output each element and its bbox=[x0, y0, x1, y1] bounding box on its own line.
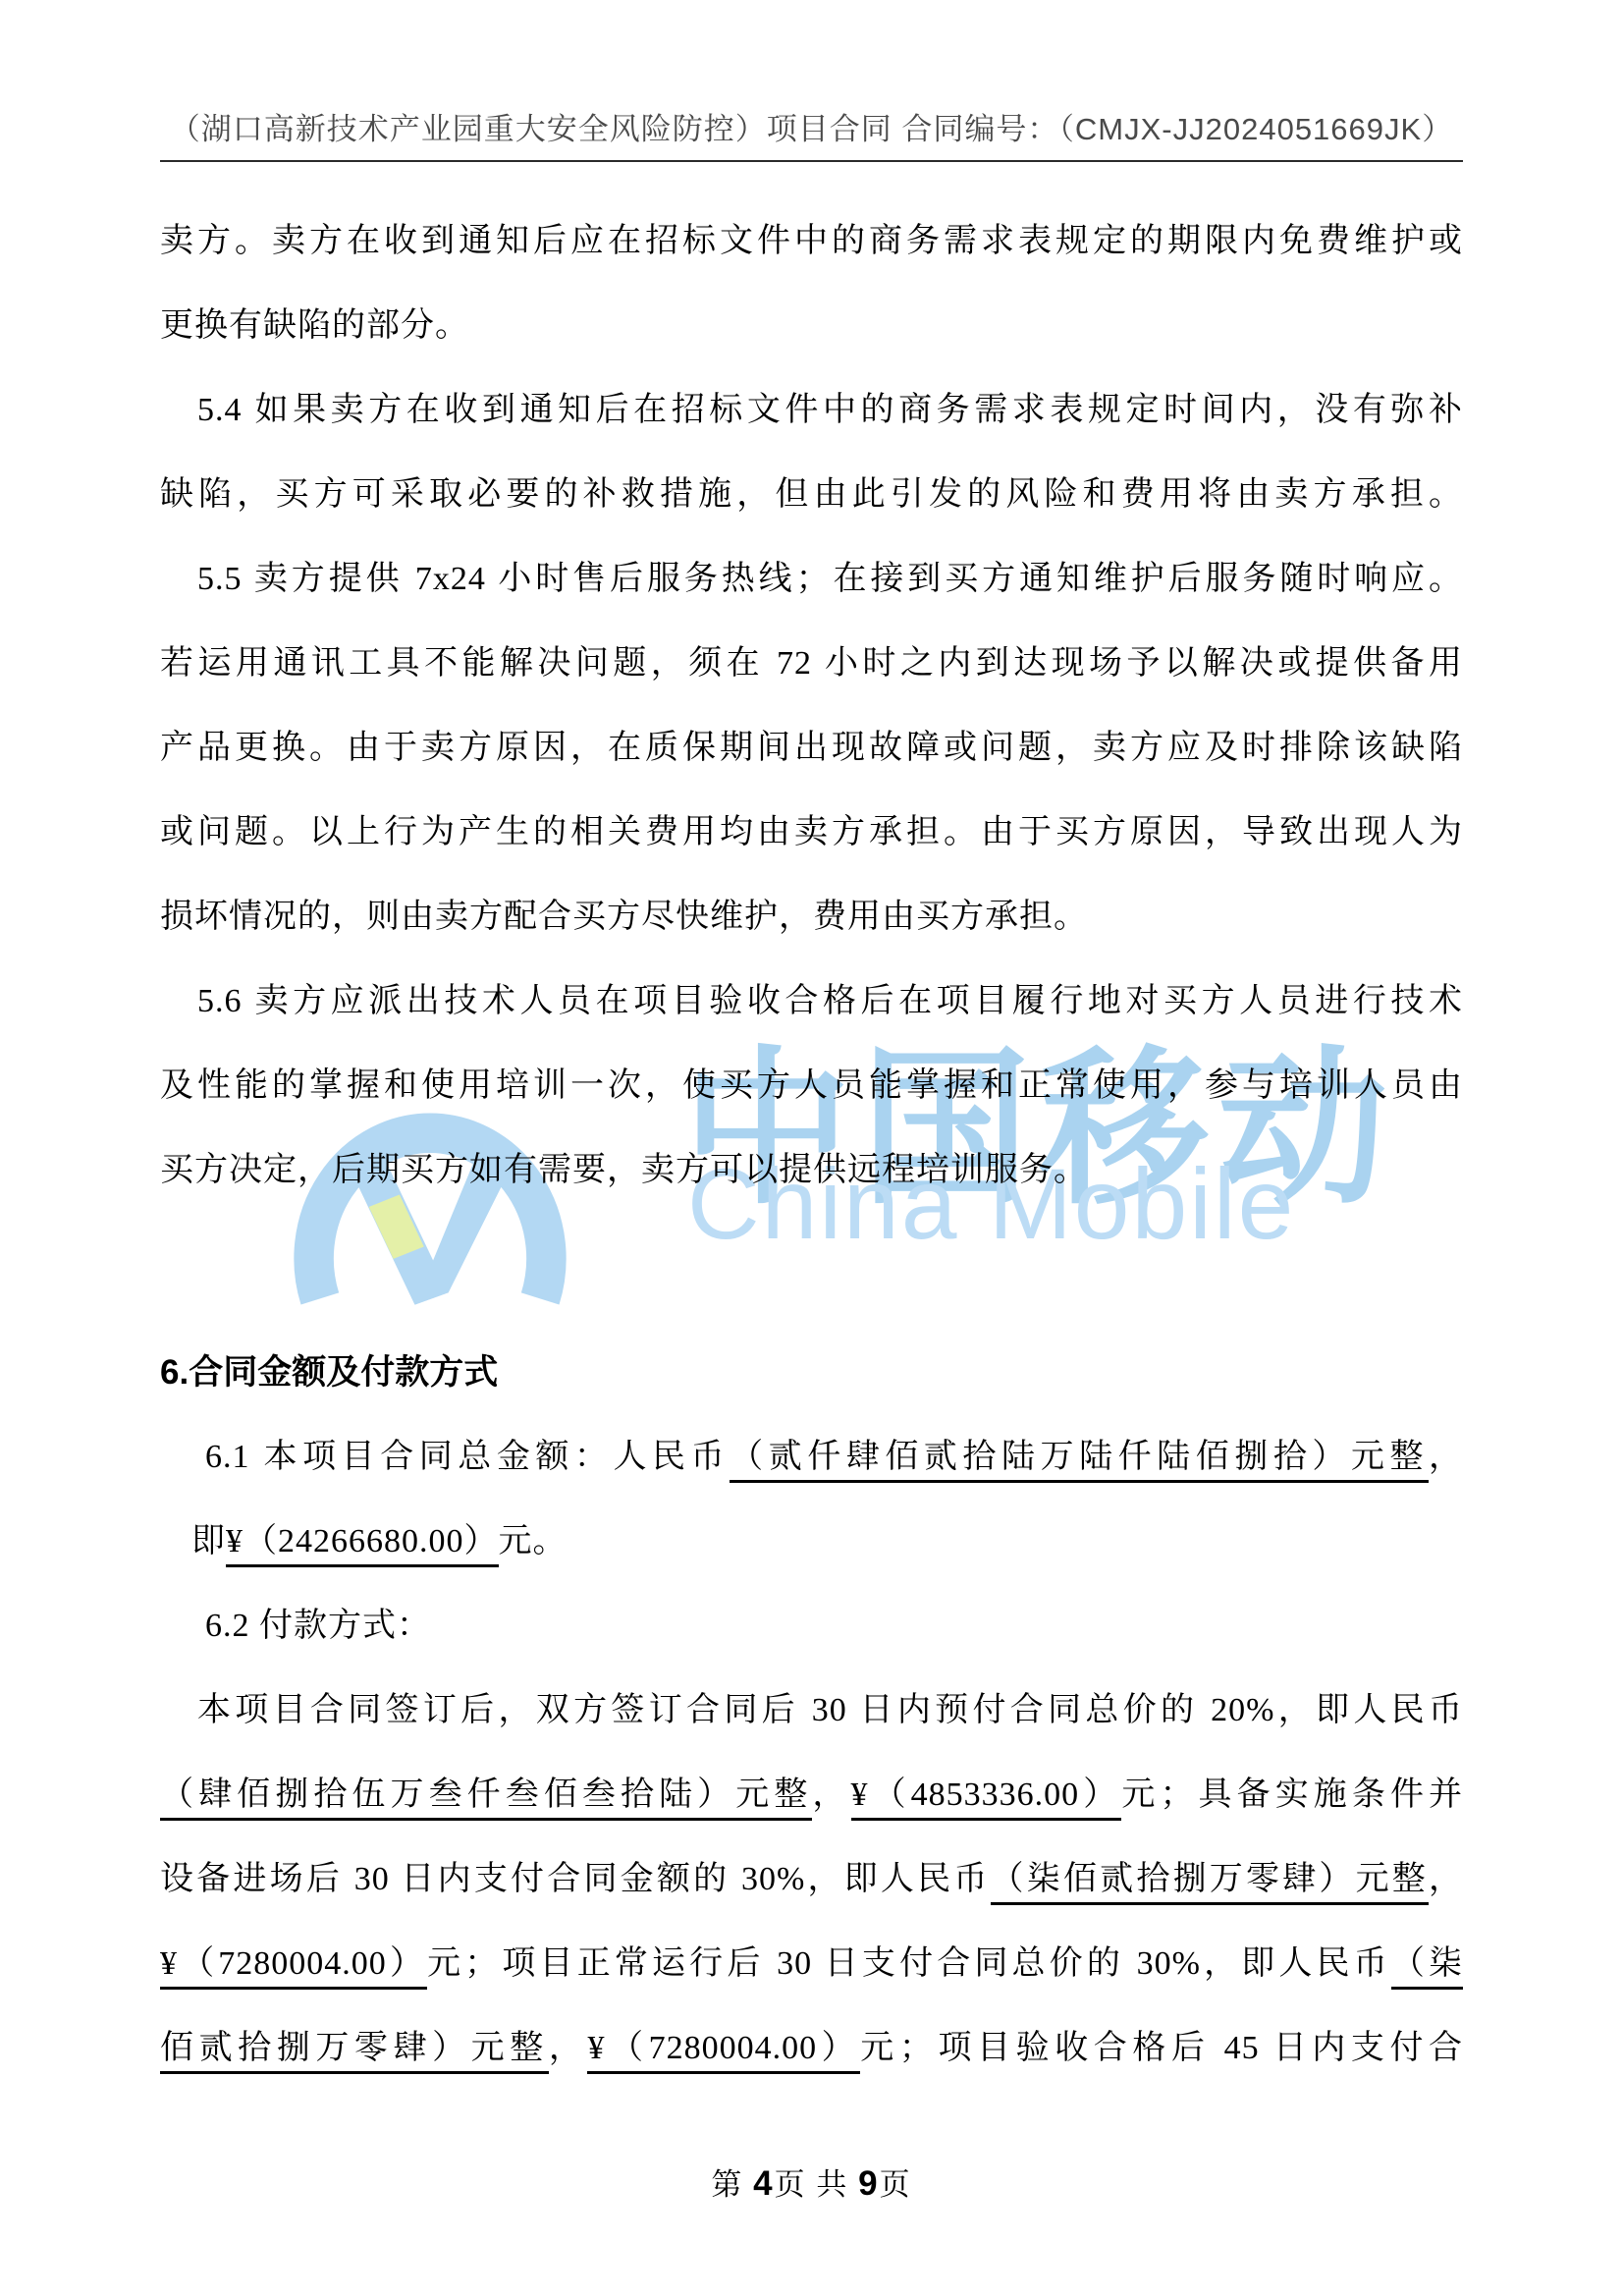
third-amount-numeric: ¥（7280004.00） bbox=[587, 2030, 860, 2074]
total-amount-numeric: ¥（24266680.00） bbox=[226, 1523, 499, 1567]
payment-line-4: ¥（7280004.00）元；项目正常运行后 30 日支付合同总价的 30%，即… bbox=[160, 1922, 1463, 2006]
payment-line-2: （肆佰捌拾伍万叁仟叁佰叁拾陆）元整，¥（4853336.00）元；具备实施条件并 bbox=[160, 1753, 1463, 1837]
clause-6-1-line-1: 6.1 本项目合同总金额：人民币（贰仟肆佰贰拾陆万陆仟陆佰捌拾）元整， bbox=[160, 1415, 1463, 1500]
page-header: （湖口高新技术产业园重大安全风险防控）项目合同 合同编号：（CMJX-JJ202… bbox=[160, 0, 1463, 162]
prepay-amount-cn: （肆佰捌拾伍万叁仟叁佰叁拾陆）元整 bbox=[160, 1777, 812, 1821]
body-line-1: 卖方。卖方在收到通知后应在招标文件中的商务需求表规定的期限内免费维护或 bbox=[160, 199, 1463, 284]
section-6-heading: 6.合同金额及付款方式 bbox=[160, 1331, 1463, 1415]
clause-5-4-line-2: 缺陷，买方可采取必要的补救措施，但由此引发的风险和费用将由卖方承担。 bbox=[160, 453, 1463, 537]
third-amount-cn-start: （柒 bbox=[1391, 1945, 1463, 1990]
body-line-2: 更换有缺陷的部分。 bbox=[160, 284, 1463, 368]
second-amount-cn: （柒佰贰拾捌万零肆）元整 bbox=[991, 1861, 1429, 1905]
clause-5-5-line-4: 或问题。以上行为产生的相关费用均由卖方承担。由于买方原因，导致出现人为 bbox=[160, 791, 1463, 875]
current-page-number: 4 bbox=[753, 2164, 774, 2203]
third-amount-cn-end: 佰贰拾捌万零肆）元整 bbox=[160, 2030, 549, 2074]
clause-5-5-line-2: 若运用通讯工具不能解决问题，须在 72 小时之内到达现场予以解决或提供备用 bbox=[160, 622, 1463, 706]
clause-5-6-line-2: 及性能的掌握和使用培训一次，使买方人员能掌握和正常使用，参与培训人员由 bbox=[160, 1044, 1463, 1128]
payment-line-5: 佰贰拾捌万零肆）元整，¥（7280004.00）元；项目验收合格后 45 日内支… bbox=[160, 2006, 1463, 2091]
clause-6-2-heading: 6.2 付款方式： bbox=[160, 1584, 1463, 1668]
document-content: （湖口高新技术产业园重大安全风险防控）项目合同 合同编号：（CMJX-JJ202… bbox=[0, 0, 1623, 2204]
clause-5-5-line-3: 产品更换。由于卖方原因，在质保期间出现故障或问题，卖方应及时排除该缺陷 bbox=[160, 706, 1463, 791]
document-page: 中国移动 China Mobile （湖口高新技术产业园重大安全风险防控）项目合… bbox=[0, 0, 1623, 2296]
payment-line-1: 本项目合同签订后，双方签订合同后 30 日内预付合同总价的 20%，即人民币 bbox=[160, 1668, 1463, 1753]
total-amount-cn: （贰仟肆佰贰拾陆万陆仟陆佰捌拾）元整 bbox=[730, 1439, 1429, 1483]
clause-5-6-line-1: 5.6 卖方应派出技术人员在项目验收合格后在项目履行地对买方人员进行技术 bbox=[160, 959, 1463, 1044]
prepay-amount-numeric: ¥（4853336.00） bbox=[851, 1777, 1122, 1821]
clause-5-5-line-5: 损坏情况的，则由卖方配合买方尽快维护，费用由买方承担。 bbox=[160, 875, 1463, 959]
page-footer: 第 4页 共 9页 bbox=[160, 2159, 1463, 2204]
total-page-number: 9 bbox=[858, 2164, 879, 2203]
contract-body: 卖方。卖方在收到通知后应在招标文件中的商务需求表规定的期限内免费维护或 更换有缺… bbox=[160, 199, 1463, 2091]
clause-5-5-line-1: 5.5 卖方提供 7x24 小时售后服务热线；在接到买方通知维护后服务随时响应。 bbox=[160, 537, 1463, 622]
second-amount-numeric: ¥（7280004.00） bbox=[160, 1945, 427, 1990]
clause-5-4-line-1: 5.4 如果卖方在收到通知后在招标文件中的商务需求表规定时间内，没有弥补 bbox=[160, 368, 1463, 453]
payment-line-3: 设备进场后 30 日内支付合同金额的 30%，即人民币（柒佰贰拾捌万零肆）元整， bbox=[160, 1837, 1463, 1922]
clause-6-1-line-2: 即¥（24266680.00）元。 bbox=[160, 1500, 1463, 1584]
clause-6-1-text: 6.1 本项目合同总金额：人民币 bbox=[205, 1439, 730, 1475]
clause-5-6-line-3: 买方决定，后期买方如有需要，卖方可以提供远程培训服务。 bbox=[160, 1128, 1463, 1213]
